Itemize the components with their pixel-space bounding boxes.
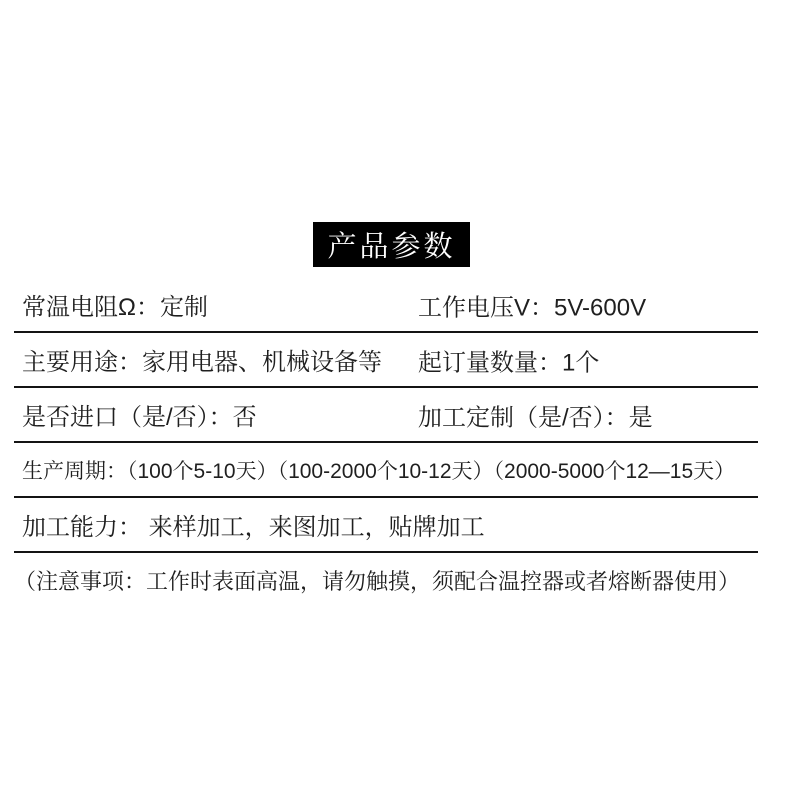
param-processing-capability: 加工能力： 来样加工，来图加工，贴牌加工 <box>22 507 485 542</box>
param-row-usage-moq: 主要用途：家用电器、机械设备等 起订量数量：1个 <box>14 333 758 388</box>
param-working-voltage: 工作电压V：5V-600V <box>418 287 646 322</box>
param-main-usage: 主要用途：家用电器、机械设备等 <box>22 342 382 377</box>
param-row-resistance-voltage: 常温电阻Ω：定制 工作电压V：5V-600V <box>14 278 758 333</box>
param-custom-processing: 加工定制（是/否）：是 <box>418 397 653 432</box>
section-title: 产品参数 <box>327 224 455 265</box>
parameters-table: 常温电阻Ω：定制 工作电压V：5V-600V 主要用途：家用电器、机械设备等 起… <box>14 278 758 608</box>
param-row-import-custom: 是否进口（是/否）：否 加工定制（是/否）：是 <box>14 388 758 443</box>
param-row-caution-note: （注意事项：工作时表面高温，请勿触摸，须配合温控器或者熔断器使用） <box>14 553 758 608</box>
param-row-production-cycle: 生产周期：（100个5-10天）（100-2000个10-12天）（2000-5… <box>14 443 758 498</box>
param-caution-note: （注意事项：工作时表面高温，请勿触摸，须配合温控器或者熔断器使用） <box>14 565 740 596</box>
param-room-temp-resistance: 常温电阻Ω：定制 <box>22 287 208 322</box>
param-production-cycle: 生产周期：（100个5-10天）（100-2000个10-12天）（2000-5… <box>22 455 735 485</box>
param-is-imported: 是否进口（是/否）：否 <box>22 397 257 432</box>
product-parameters-panel: 产品参数 常温电阻Ω：定制 工作电压V：5V-600V 主要用途：家用电器、机械… <box>0 0 800 800</box>
param-row-processing-capability: 加工能力： 来样加工，来图加工，贴牌加工 <box>14 498 758 553</box>
section-title-badge: 产品参数 <box>313 222 470 267</box>
param-min-order-quantity: 起订量数量：1个 <box>418 342 599 377</box>
